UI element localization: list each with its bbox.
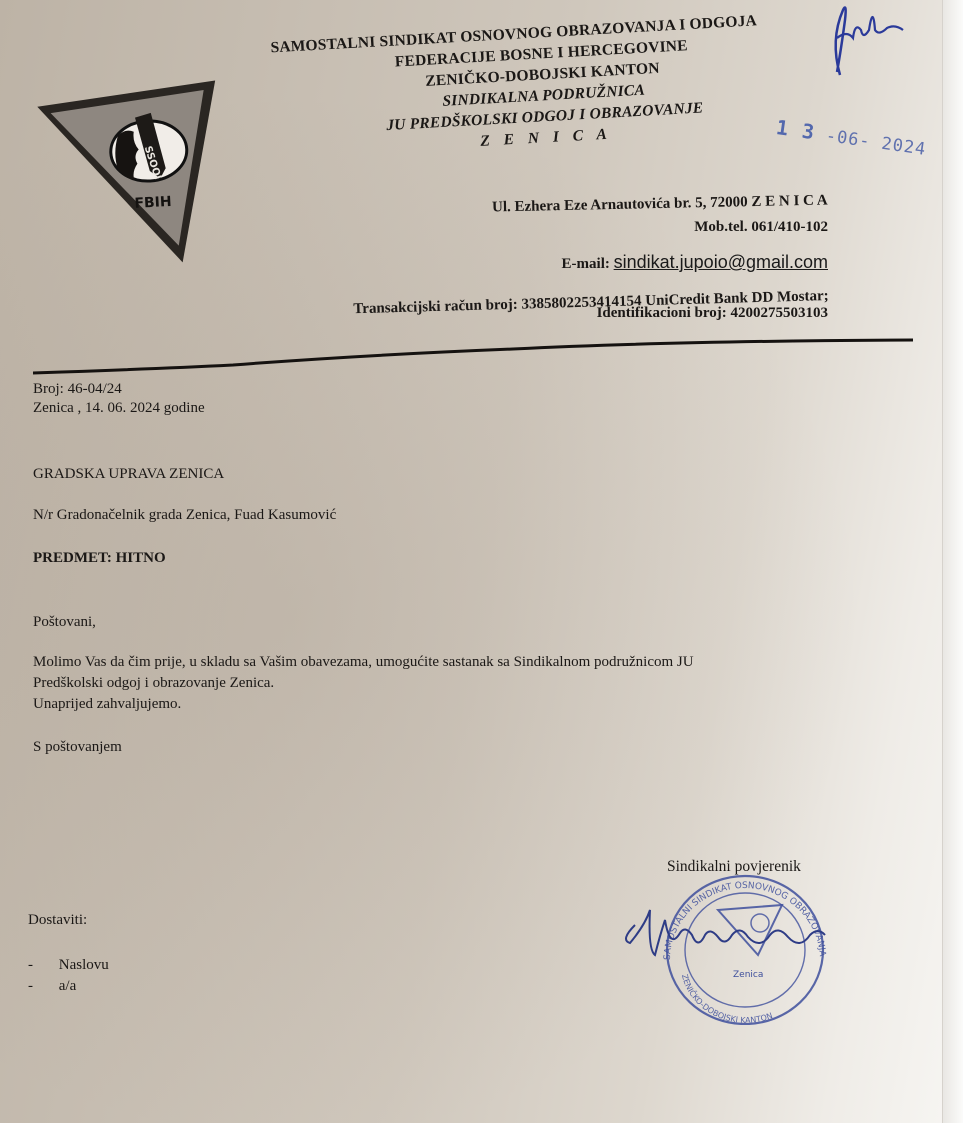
letterhead-org-block: SAMOSTALNI SINDIKAT OSNOVNOG OBRAZOVANJA… [260,7,826,164]
header-divider [33,335,913,375]
address: Ul. Ezhera Eze Arnautovića br. 5, 72000 … [492,192,828,216]
place-date: Zenica , 14. 06. 2024 godine [33,400,205,417]
bullet-dash: - [28,978,33,994]
recipient-institution: GRADSKA UPRAVA ZENICA [33,466,224,483]
page-edge [942,0,963,1123]
official-seal-icon: SAMOSTALNI SINDIKAT OSNOVNOG OBRAZOVANJA… [610,855,840,1025]
closing: S poštovanjem [33,739,122,756]
handwritten-initials-icon [825,0,915,80]
svg-text:Zenica: Zenica [733,970,763,980]
received-date-stamp: 1 3 -06- 2024 [775,115,928,160]
subject: PREDMET: HITNO [33,550,166,567]
distribution-item: - a/a [28,978,76,995]
email-link[interactable]: sindikat.jupoio@gmail.com [614,252,828,272]
signatory-title: Sindikalni povjerenik [667,858,801,876]
recipient-attention: N/r Gradonačelnik grada Zenica, Fuad Kas… [33,507,336,524]
union-logo: SSOOI FBIH [33,75,228,274]
reference-number: Broj: 46-04/24 [33,381,122,398]
id-number: Identifikacioni broj: 4200275503103 [597,305,828,322]
salutation: Poštovani, [33,614,96,631]
phone: Mob.tel. 061/410-102 [694,219,828,236]
distribution-item: - Naslovu [28,957,109,974]
logo-label: FBIH [134,194,172,212]
bullet-dash: - [28,957,33,973]
triangle-emblem-icon: SSOOI FBIH [33,75,228,274]
body-line: Predškolski odgoj i obrazovanje Zenica. [33,675,274,692]
email-row: E-mail: sindikat.jupoio@gmail.com [562,252,828,273]
body-line: Unaprijed zahvaljujemo. [33,696,181,713]
email-label: E-mail: [562,256,610,272]
body-line: Molimo Vas da čim prije, u skladu sa Vaš… [33,654,694,671]
distribution-label: Dostaviti: [28,912,87,929]
